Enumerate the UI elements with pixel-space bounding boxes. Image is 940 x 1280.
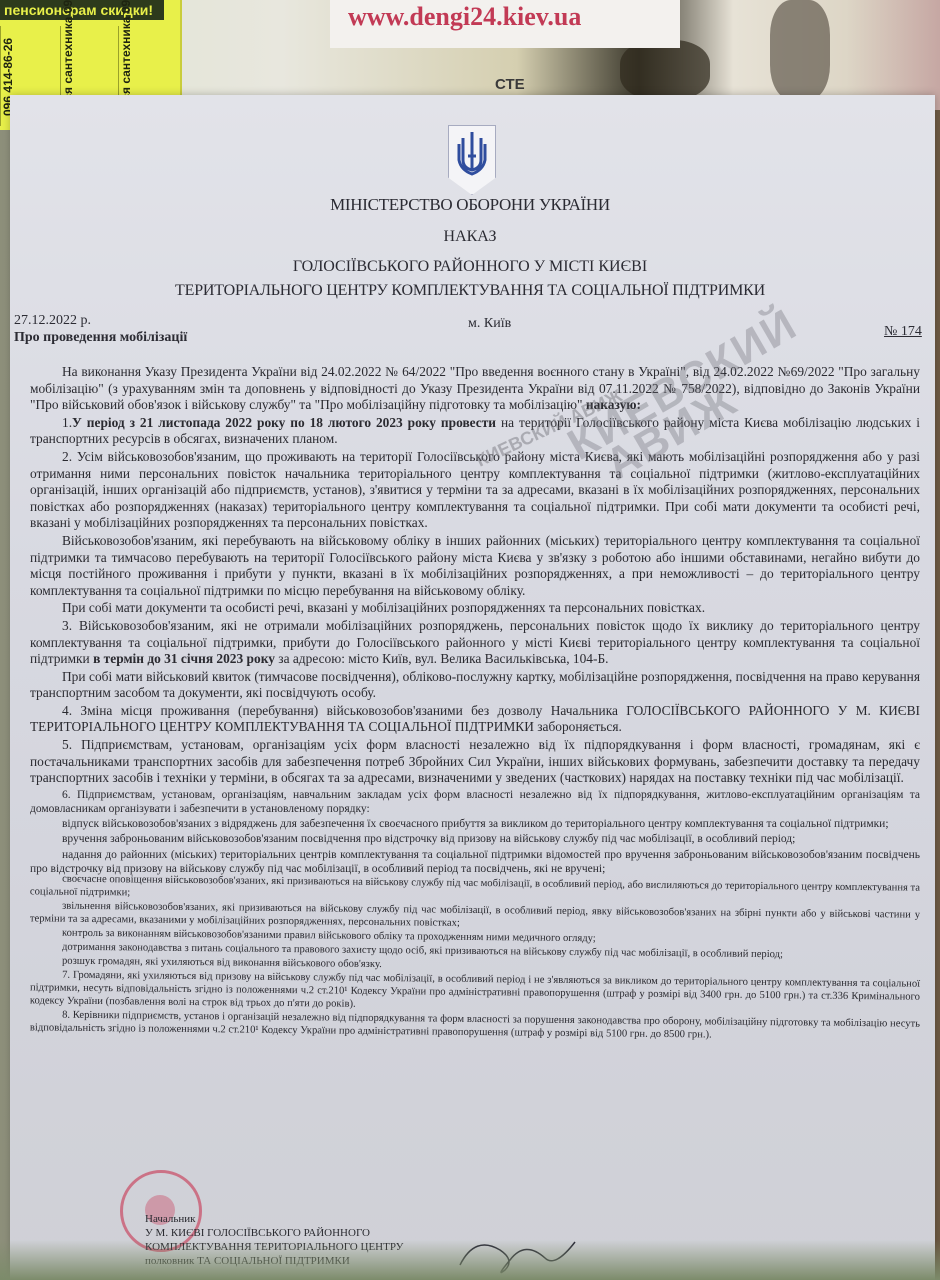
paragraph-3b: При собі мати військовий квиток (тимчасо…: [30, 669, 920, 702]
background-torn-paper: [620, 40, 710, 100]
paragraph-6-item: надання до районних (міських) територіал…: [30, 848, 920, 876]
order-date: 27.12.2022 р.: [14, 313, 91, 329]
order-subject: Про проведення мобілізації: [14, 330, 187, 346]
organization-line-1: ГОЛОСІЇВСЬКОГО РАЙОННОГО У МІСТІ КИЄВІ: [0, 258, 940, 276]
paragraph-2: 2. Усім військовозобов'язаним, що прожив…: [30, 449, 920, 532]
paragraph-6-item: відпуск військовозобов'язаних з відрядже…: [30, 817, 920, 831]
order-body: На виконання Указу Президента України ві…: [30, 364, 920, 1040]
ad-url: www.dengi24.kiev.ua: [348, 2, 581, 32]
ad-fragment: СТЕ: [495, 76, 525, 93]
paragraph-4: 4. Зміна місця проживання (перебування) …: [30, 703, 920, 736]
organization-line-2: ТЕРИТОРІАЛЬНОГО ЦЕНТРУ КОМПЛЕКТУВАННЯ ТА…: [0, 282, 940, 300]
paragraph-1: 1.У період з 21 листопада 2022 року по 1…: [30, 415, 920, 448]
order-number: № 174: [884, 324, 922, 340]
background-ground: [0, 1240, 940, 1280]
order-heading: НАКАЗ: [0, 228, 940, 246]
order-city: м. Київ: [468, 316, 511, 332]
background-torn-paper: [770, 0, 830, 100]
paragraph-3: 3. Військовозобов'язаним, які не отримал…: [30, 618, 920, 668]
paragraph-5: 5. Підприємствам, установам, організація…: [30, 737, 920, 787]
paragraph-6: 6. Підприємствам, установам, організація…: [30, 788, 920, 816]
preamble: На виконання Указу Президента України ві…: [30, 364, 920, 414]
paragraph-6-item: вручення заброньованим військовозобов'яз…: [30, 832, 920, 846]
ministry-heading: МІНІСТЕРСТВО ОБОРОНИ УКРАЇНИ: [0, 195, 940, 215]
paragraph-2c: При собі мати документи та особисті речі…: [30, 600, 920, 617]
paragraph-2b: Військовозобов'язаним, які перебувають н…: [30, 533, 920, 599]
flyer-headline: пенсионерам скидки!: [0, 0, 164, 20]
